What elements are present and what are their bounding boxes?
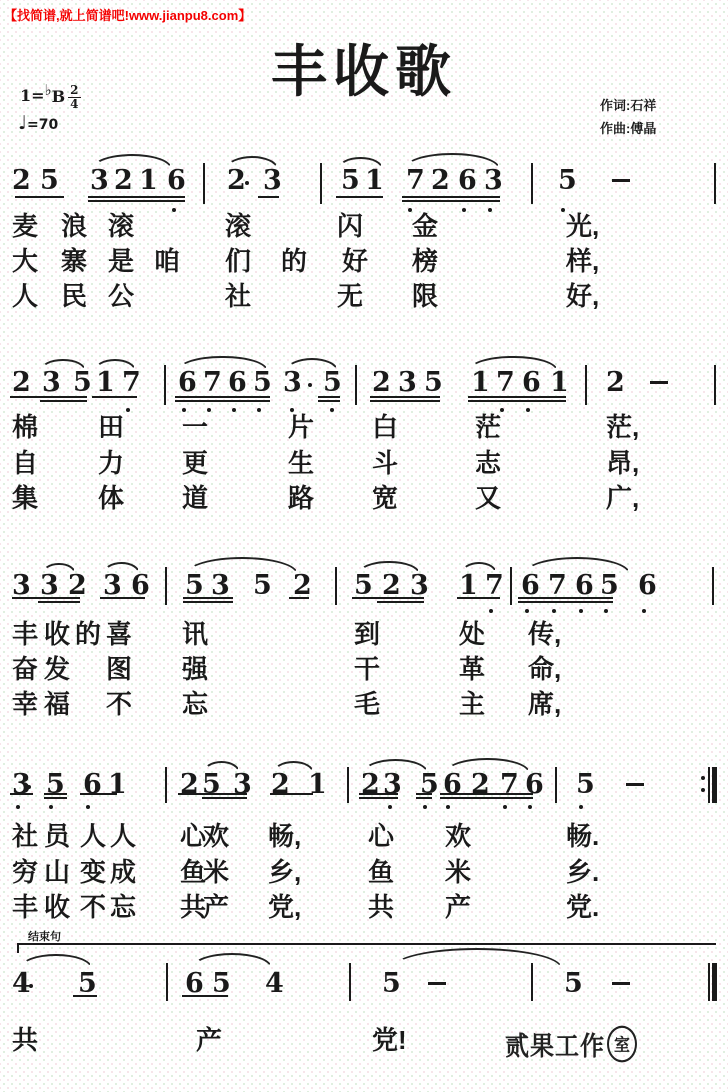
lyric-char: 滚: [225, 212, 251, 241]
octave-dot: [49, 805, 53, 809]
beam-underline: [92, 396, 137, 398]
lyric-char: 限: [412, 282, 438, 311]
beam-underline: [44, 793, 67, 795]
sheet-music-page: 【找简谱,就上简谱吧!www.jianpu8.com】 丰收歌 1=♭B 2 4…: [0, 0, 728, 1092]
octave-dot: [388, 805, 392, 809]
repeat-dot: [701, 776, 705, 780]
note-digit: 2: [68, 572, 87, 599]
quarter-note-icon: ♩: [18, 112, 27, 134]
lyric-char: 的: [281, 247, 307, 276]
beam-underline: [183, 597, 233, 599]
lyric-char: 浪: [61, 212, 87, 241]
slur-arc: [524, 557, 630, 574]
note-digit: 2: [293, 572, 312, 599]
lyric-char: 又: [475, 484, 501, 513]
lyric-char: 是: [108, 247, 134, 276]
note-digit: 5: [424, 369, 443, 396]
beam-underline: [80, 793, 117, 795]
duration-dash: [626, 783, 644, 786]
note-digit: 5: [73, 369, 92, 396]
octave-dot: [642, 609, 646, 613]
note-digit: 6: [167, 167, 186, 194]
slur-arc: [192, 953, 272, 968]
time-signature: 2 4: [68, 84, 80, 110]
barline: [708, 767, 710, 803]
octave-dot: [579, 805, 583, 809]
lyric-char: 产: [196, 1026, 222, 1055]
lyric-char: 社: [12, 822, 38, 851]
lyric-char: 席,: [528, 690, 561, 719]
seal-text: 贰果工作: [505, 1025, 605, 1063]
ending-phrase-label: 结束句: [28, 928, 61, 944]
note-digit: 7: [485, 572, 504, 599]
note-digit: 7: [406, 167, 425, 194]
beam-underline: [359, 797, 398, 799]
note-digit: 2: [382, 572, 401, 599]
lyric-char: 宽: [372, 484, 398, 513]
barline: [347, 767, 349, 803]
beam-underline: [38, 601, 80, 603]
note-digit: 2: [606, 369, 625, 396]
slur-arc: [92, 154, 172, 169]
note-digit: 1: [96, 369, 115, 396]
beam-underline: [370, 396, 440, 398]
lyric-char: 的: [75, 620, 101, 649]
augmentation-dot: [27, 785, 31, 789]
barline: [585, 365, 587, 405]
slur-arc: [42, 563, 76, 574]
lyric-char: 穷: [12, 858, 38, 887]
note-digit: 5: [600, 572, 619, 599]
lyric-char: 生: [288, 449, 314, 478]
barline: [714, 365, 716, 405]
lyric-char: 欢: [203, 822, 229, 851]
note-digit: 2: [227, 167, 246, 194]
octave-dot: [488, 208, 492, 212]
time-lower: 4: [68, 97, 80, 111]
note-digit: 3: [211, 572, 230, 599]
slur-arc: [226, 156, 278, 169]
lyric-char: 忘: [182, 690, 208, 719]
ending-phrase-line-tick: [17, 943, 19, 953]
lyric-char: 更: [182, 449, 208, 478]
augmentation-dot: [245, 181, 249, 185]
lyric-char: 图: [106, 655, 132, 684]
beam-underline: [377, 601, 424, 603]
lyric-char: 成: [110, 858, 136, 887]
octave-dot: [257, 408, 261, 412]
lyricist-credit: 作词:石祥: [600, 95, 656, 114]
beam-underline: [10, 793, 33, 795]
beam-underline: [402, 200, 500, 202]
lyric-char: 公: [108, 282, 134, 311]
barline: [164, 365, 166, 405]
beam-underline: [73, 995, 97, 997]
lyric-char: 滚: [108, 212, 134, 241]
beam-underline: [10, 396, 87, 398]
lyric-char: 斗: [372, 449, 398, 478]
octave-dot: [16, 805, 20, 809]
note-digit: 2: [431, 167, 450, 194]
lyric-char: 无: [337, 282, 363, 311]
octave-dot: [526, 408, 530, 412]
lyric-char: 社: [225, 282, 251, 311]
lyric-char: 金: [412, 212, 438, 241]
key-letter: B: [52, 87, 66, 106]
note-digit: 5: [212, 970, 231, 997]
slur-arc: [358, 561, 420, 574]
composer-credit: 作曲:傅晶: [600, 118, 656, 137]
lyric-char: 道: [182, 484, 208, 513]
beam-underline: [457, 597, 500, 599]
lyric-char: 寨: [61, 247, 87, 276]
barline: [166, 963, 168, 1001]
lyric-char: 麦: [12, 212, 38, 241]
note-digit: 3: [410, 572, 429, 599]
lyric-char: 山: [44, 858, 70, 887]
lyric-char: 欢: [445, 822, 471, 851]
beam-underline: [88, 196, 185, 198]
lyric-char: 革: [459, 655, 485, 684]
note-digit: 1: [550, 369, 569, 396]
lyric-char: 幸: [12, 690, 38, 719]
octave-dot: [528, 805, 532, 809]
beam-underline: [100, 597, 145, 599]
octave-dot: [330, 408, 334, 412]
tempo-marking: ♩=70: [18, 112, 58, 134]
note-digit: 5: [253, 572, 272, 599]
beam-underline: [416, 797, 432, 799]
note-digit: 2: [114, 167, 133, 194]
barline: [165, 567, 167, 605]
note-digit: 4: [265, 970, 284, 997]
augmentation-dot: [29, 984, 33, 988]
lyric-char: 棉: [12, 413, 38, 442]
note-digit: 3: [484, 167, 503, 194]
beam-underline: [518, 601, 613, 603]
octave-dot: [579, 609, 583, 613]
beam-underline: [12, 597, 80, 599]
note-digit: 1: [459, 572, 478, 599]
beam-underline: [40, 400, 87, 402]
barline: [203, 163, 205, 204]
beam-underline: [416, 793, 432, 795]
barline: [531, 963, 533, 1001]
note-digit: 2: [372, 369, 391, 396]
beam-underline: [318, 400, 340, 402]
ending-phrase-line: [17, 943, 716, 945]
lyric-char: 昂,: [606, 449, 639, 478]
flat-icon: ♭: [45, 81, 52, 99]
slur-arc: [392, 948, 562, 968]
barline: [708, 963, 710, 1001]
note-digit: 5: [576, 771, 595, 798]
lyric-char: 路: [288, 484, 314, 513]
note-digit: 7: [548, 572, 567, 599]
slur-arc: [20, 954, 92, 968]
octave-dot: [604, 609, 608, 613]
beam-underline: [175, 400, 270, 402]
beam-underline: [440, 797, 533, 799]
lyric-char: 收: [44, 620, 70, 649]
beam-underline: [318, 396, 340, 398]
duration-dash: [612, 179, 630, 182]
lyric-char: 处: [459, 620, 485, 649]
octave-dot: [489, 609, 493, 613]
octave-dot: [561, 208, 565, 212]
note-digit: 5: [78, 970, 97, 997]
lyric-char: 茫,: [606, 413, 639, 442]
lyric-char: 忘: [110, 893, 136, 922]
beam-underline: [352, 597, 424, 599]
lyric-char: 丰: [12, 620, 38, 649]
lyric-char: 产: [445, 893, 471, 922]
lyric-char: 毛: [354, 690, 380, 719]
note-digit: 6: [575, 572, 594, 599]
slur-arc: [273, 761, 314, 773]
beam-underline: [270, 793, 313, 795]
note-digit: 3: [283, 369, 302, 396]
beam-underline: [182, 995, 228, 997]
octave-dot: [86, 805, 90, 809]
barline: [712, 567, 714, 605]
time-upper: 2: [68, 84, 80, 97]
barline: [165, 767, 167, 803]
beam-underline: [88, 200, 185, 202]
lyric-char: 福: [44, 690, 70, 719]
lyric-char: 自: [12, 449, 38, 478]
beam-underline: [175, 396, 270, 398]
lyric-char: 田: [98, 413, 124, 442]
lyric-char: 收: [44, 893, 70, 922]
note-digit: 6: [185, 970, 204, 997]
lyric-char: 强: [182, 655, 208, 684]
lyric-char: 乡.: [566, 858, 599, 887]
tempo-value: =70: [27, 117, 58, 133]
lyric-char: 产: [203, 893, 229, 922]
lyric-char: 主: [459, 690, 485, 719]
note-digit: 6: [178, 369, 197, 396]
beam-underline: [178, 793, 247, 795]
note-digit: 3: [40, 572, 59, 599]
studio-seal-logo: 贰果工作 室: [505, 1025, 637, 1063]
lyric-char: 党.: [566, 893, 599, 922]
lyric-char: 茫: [475, 413, 501, 442]
slur-arc: [445, 758, 530, 773]
note-digit: 6: [638, 572, 657, 599]
note-digit: 5: [354, 572, 373, 599]
lyric-char: 集: [12, 484, 38, 513]
lyric-char: 奋: [12, 655, 38, 684]
duration-dash: [650, 381, 668, 384]
octave-dot: [462, 208, 466, 212]
lyric-char: 不: [106, 690, 132, 719]
slur-arc: [203, 761, 240, 773]
note-digit: 6: [521, 572, 540, 599]
lyric-char: 人: [80, 822, 106, 851]
note-digit: 7: [122, 369, 141, 396]
barline: [531, 163, 533, 204]
beam-underline: [258, 196, 279, 198]
beam-underline: [440, 793, 533, 795]
lyric-char: 命,: [528, 655, 561, 684]
repeat-dot: [701, 788, 705, 792]
note-digit: 5: [382, 970, 401, 997]
note-digit: 5: [341, 167, 360, 194]
note-digit: 2: [12, 167, 31, 194]
note-digit: 6: [131, 572, 150, 599]
lyric-char: 米: [445, 858, 471, 887]
note-digit: 7: [496, 369, 515, 396]
slur-arc: [404, 153, 500, 169]
lyric-char: 畅.: [566, 822, 599, 851]
slur-arc: [363, 759, 428, 773]
slur-arc: [468, 356, 558, 371]
lyric-char: 咱: [154, 247, 180, 276]
lyric-char: 白: [372, 413, 398, 442]
beam-underline: [202, 797, 247, 799]
octave-dot: [446, 805, 450, 809]
note-digit: 6: [458, 167, 477, 194]
key-prefix: 1=: [20, 86, 45, 105]
lyric-char: 片: [288, 413, 314, 442]
note-digit: 5: [558, 167, 577, 194]
lyric-char: 不: [80, 893, 106, 922]
lyric-char: 共: [368, 893, 394, 922]
lyric-char: 民: [61, 282, 87, 311]
lyric-char: 传,: [528, 620, 561, 649]
lyric-char: 鱼: [368, 858, 394, 887]
beam-underline: [359, 793, 398, 795]
slur-arc: [338, 157, 383, 169]
note-digit: 3: [42, 369, 61, 396]
note-digit: 1: [139, 167, 158, 194]
augmentation-dot: [308, 383, 312, 387]
lyric-char: 丰: [12, 893, 38, 922]
octave-dot: [525, 609, 529, 613]
beam-underline: [44, 797, 67, 799]
lyric-char: 员: [44, 822, 70, 851]
lyric-char: 体: [98, 484, 124, 513]
lyric-char: 广,: [606, 484, 639, 513]
beam-underline: [183, 601, 233, 603]
lyric-char: 发: [44, 655, 70, 684]
lyric-char: 好,: [566, 282, 599, 311]
lyric-char: 党,: [268, 893, 301, 922]
beam-underline: [289, 597, 309, 599]
key-signature: 1=♭B 2 4: [20, 86, 81, 112]
octave-dot: [172, 208, 176, 212]
note-digit: 5: [564, 970, 583, 997]
octave-dot: [552, 609, 556, 613]
note-digit: 3: [103, 572, 122, 599]
lyric-char: 好: [342, 247, 368, 276]
note-digit: 6: [522, 369, 541, 396]
note-digit: 1: [365, 167, 384, 194]
note-digit: 5: [253, 369, 272, 396]
barline-thick: [712, 767, 717, 803]
barline: [510, 567, 512, 605]
seal-oval-glyph: 室: [607, 1025, 637, 1062]
lyric-char: 乡,: [268, 858, 301, 887]
barline: [555, 767, 557, 803]
octave-dot: [232, 408, 236, 412]
lyric-char: 力: [98, 449, 124, 478]
note-digit: 1: [471, 369, 490, 396]
site-watermark-banner: 【找简谱,就上简谱吧!www.jianpu8.com】: [4, 5, 251, 24]
lyric-char: 一: [182, 413, 208, 442]
slur-arc: [40, 359, 86, 371]
lyric-char: 光,: [566, 212, 599, 241]
duration-dash: [612, 982, 630, 985]
note-digit: 3: [263, 167, 282, 194]
note-digit: 4: [12, 970, 31, 997]
lyric-char: 榜: [412, 247, 438, 276]
octave-dot: [503, 805, 507, 809]
lyric-char: 变: [80, 858, 106, 887]
lyric-char: 干: [354, 655, 380, 684]
note-digit: 3: [12, 572, 31, 599]
lyric-char: 党!: [372, 1026, 407, 1055]
note-digit: 5: [185, 572, 204, 599]
lyric-char: 共: [12, 1026, 38, 1055]
barline: [320, 163, 322, 204]
note-digit: 5: [323, 369, 342, 396]
slur-arc: [186, 557, 298, 574]
lyric-char: 畅,: [268, 822, 301, 851]
slur-arc: [286, 358, 338, 371]
lyric-char: 闪: [337, 212, 363, 241]
note-digit: 7: [203, 369, 222, 396]
beam-underline: [15, 196, 64, 198]
barline: [349, 963, 351, 1001]
lyric-char: 们: [225, 247, 251, 276]
octave-dot: [423, 805, 427, 809]
note-digit: 5: [40, 167, 59, 194]
note-digit: 6: [228, 369, 247, 396]
slur-arc: [103, 562, 140, 574]
lyric-char: 样,: [566, 247, 599, 276]
slur-arc: [461, 562, 497, 574]
beam-underline: [370, 400, 440, 402]
barline-thick: [712, 963, 717, 1001]
slur-arc: [94, 359, 136, 371]
beam-underline: [518, 597, 613, 599]
octave-dot: [126, 408, 130, 412]
lyric-char: 心: [368, 822, 394, 851]
duration-dash: [428, 982, 446, 985]
beam-underline: [402, 196, 500, 198]
note-digit: 3: [398, 369, 417, 396]
lyric-char: 喜: [106, 620, 132, 649]
barline: [714, 163, 716, 204]
beam-underline: [468, 396, 566, 398]
lyric-char: 讯: [182, 620, 208, 649]
lyric-char: 大: [12, 247, 38, 276]
lyric-char: 到: [354, 620, 380, 649]
lyric-char: 人: [110, 822, 136, 851]
lyric-char: 志: [475, 449, 501, 478]
barline: [335, 567, 337, 605]
beam-underline: [468, 400, 566, 402]
lyric-char: 米: [203, 858, 229, 887]
barline: [355, 365, 357, 405]
note-digit: 2: [12, 369, 31, 396]
lyric-char: 人: [12, 282, 38, 311]
slur-arc: [177, 356, 268, 372]
beam-underline: [336, 196, 383, 198]
note-digit: 3: [90, 167, 109, 194]
